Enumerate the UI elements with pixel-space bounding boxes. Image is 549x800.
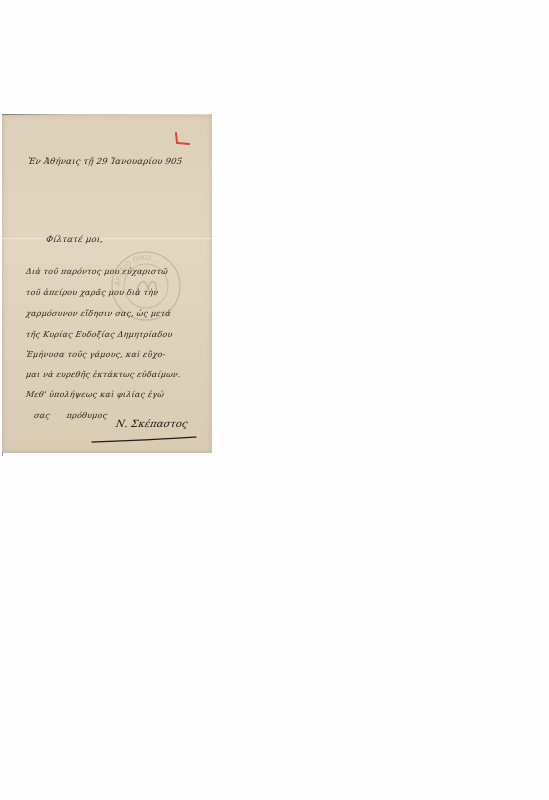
paper-top-edge xyxy=(2,114,212,115)
scan-edge-mark xyxy=(2,452,3,456)
signature-underline-icon xyxy=(90,436,198,444)
letter-body-line: μαι νὰ ευρεθῆς ἐκτάκτως εὐδαίμων. xyxy=(25,370,181,379)
letter-body-line: τοῦ ἀπείρου χαρᾶς μου διὰ τὴν xyxy=(25,288,159,297)
paper-right-edge xyxy=(211,114,212,453)
letter-salutation: Φίλτατέ μοι, xyxy=(45,235,104,245)
red-corner-mark-icon xyxy=(174,132,190,146)
letter-body-line: Μεθ' ὑπολήψεως καὶ φιλίας ἐγώ xyxy=(25,390,164,399)
letter-signature: Ν. Σκέπαστος xyxy=(115,419,188,430)
letter-date: Ἐν Ἀθήναις τῇ 29 Ἰανουαρίου 905 xyxy=(27,157,183,167)
letter-body-line: Ἐμήνυσα τοῦς γάμους, καὶ εὔχο- xyxy=(25,350,166,359)
letter-closing: σας πρόθυμος xyxy=(33,411,108,420)
letter-body-line: Διὰ τοῦ παρόντος μου εὐχαριστῶ xyxy=(25,267,168,276)
letter-body-line: χαρμόσυνον εἴδησιν σας, ὡς μετά xyxy=(25,309,171,318)
fold-line xyxy=(2,238,212,239)
letter-body-line: τῆς Κυρίας Ευδοξίας Δημητρίαδου xyxy=(25,330,173,339)
